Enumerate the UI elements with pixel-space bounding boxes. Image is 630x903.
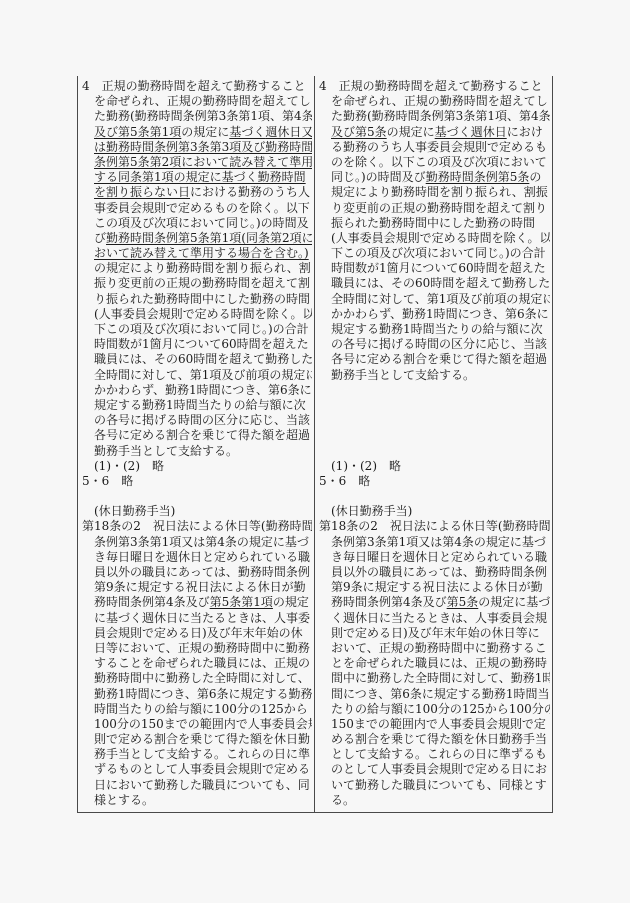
text-line: 務手当として支給する。これらの日に準	[82, 747, 312, 762]
text-line: 時間数が1箇月について60時間を超えた	[319, 261, 550, 276]
text-line: 則で定める日)及び年末年始の休日等に	[319, 626, 550, 641]
text-line	[319, 383, 550, 398]
amended-text: を割り振らない日	[94, 185, 190, 199]
right-column: 4 正規の勤務時間を超えて勤務すること を命ぜられ、正規の勤務時間を超えてし た…	[315, 76, 552, 812]
left-column: 4 正規の勤務時間を超えて勤務すること を命ぜられ、正規の勤務時間を超えてし た…	[78, 76, 315, 812]
text-line: は勤務時間条例第3条第3項及び勤務時間	[82, 140, 312, 155]
text-line: 5・6 略	[319, 474, 550, 489]
text-line: 各号に定める割合を乗じて得た額を超過	[319, 352, 550, 367]
text-line: 条例第3条第1項又は第4条の規定に基づ	[319, 535, 550, 550]
text-line: かかわらず、勤務1時間につき、第6条に	[319, 307, 550, 322]
text-line: として支給する。これらの日に準ずるも	[319, 747, 550, 762]
text-line: き毎日曜日を週休日と定められている職	[319, 550, 550, 565]
text-line: 及び第5条第1項の規定に基づく週休日又	[82, 125, 312, 140]
text-line: 第9条に規定する祝日法による休日が勤	[319, 580, 550, 595]
text-line: 間につき、第6条に規定する勤務1時間当	[319, 687, 550, 702]
text-line: 時間数が1箇月について60時間を超えた	[82, 337, 312, 352]
text-line: (人事委員会規則で定める時間を除く。以	[82, 307, 312, 322]
amended-text: 勤務時間条例第5条	[426, 170, 530, 184]
amended-text: 及び第5条	[331, 125, 387, 139]
text-line: 員以外の職員にあっては、勤務時間条例	[82, 565, 312, 580]
amended-text: 第5条第1項	[210, 595, 273, 609]
text-line: 勤務手当として支給する。	[82, 444, 312, 459]
text-line: 及び第5条の規定に基づく週休日におけ	[319, 125, 550, 140]
text-line: 条例第3条第1項又は第4条の規定に基づ	[82, 535, 312, 550]
text-line: 勤務1時間につき、第6条に規定する勤務1	[82, 687, 312, 702]
amended-text: 及び第5条第1項	[94, 125, 181, 139]
text-line	[319, 489, 550, 504]
amended-text: は勤務時間条例第3条第3項及び勤務時間	[94, 140, 312, 154]
text-line: び勤務時間条例第5条第1項(同条第2項に	[82, 231, 312, 246]
text-line: する同条第1項の規定に基づく勤務時間	[82, 170, 312, 185]
text-line: の規定により勤務時間を割り振られ、割	[82, 261, 312, 276]
text-line: のとして人事委員会規則で定める日にお	[319, 762, 550, 777]
text-line: 全時間に対して、第1項及び前項の規定に	[82, 368, 312, 383]
text-line: おいて読み替えて準用する場合を含む。)	[82, 246, 312, 261]
amended-text: 週休日又	[265, 125, 312, 139]
text-line: 務時間条例第4条及び第5条第1項の規定	[82, 595, 312, 610]
text-line: (1)・(2) 略	[82, 459, 312, 474]
amended-text: おいて読み替えて準用する場合を含む。)	[94, 246, 309, 260]
text-line: の各号に掲げる時間の区分に応じ、当該	[82, 413, 312, 428]
text-line	[319, 413, 550, 428]
text-line: 150までの範囲内で人事委員会規則で定	[319, 717, 550, 732]
text-line: の各号に掲げる時間の区分に応じ、当該	[319, 337, 550, 352]
text-line: 職員には、その60時間を超えて勤務した	[82, 352, 312, 367]
text-line: める割合を乗じて得た額を休日勤務手当	[319, 732, 550, 747]
text-line: のを除く。以下この項及び次項において	[319, 155, 550, 170]
text-line: 則で定める割合を乗じて得た額を休日勤	[82, 732, 312, 747]
text-line: た勤務(勤務時間条例第3条第1項、第4条	[319, 109, 550, 124]
text-line: 同じ。)の時間及び勤務時間条例第5条の	[319, 170, 550, 185]
comparison-table: 4 正規の勤務時間を超えて勤務すること を命ぜられ、正規の勤務時間を超えてし た…	[77, 76, 553, 813]
text-line	[319, 428, 550, 443]
text-line: 規定する勤務1時間当たりの給与額に次	[82, 398, 312, 413]
text-line: 振られた勤務時間中にした勤務の時間	[319, 216, 550, 231]
text-line: 振り変更前の正規の勤務時間を超えて割	[82, 276, 312, 291]
text-line: く週休日に当たるときは、人事委員会規	[319, 611, 550, 626]
text-line: を割り振らない日における勤務のうち人	[82, 185, 312, 200]
text-line: この項及び次項において同じ。)の時間及	[82, 216, 312, 231]
text-line: いて勤務した職員についても、同様とす	[319, 778, 550, 793]
amended-text: 基づく	[229, 125, 265, 139]
text-line: 第18条の2 祝日法による休日等(勤務時間	[319, 519, 550, 534]
text-line: (休日勤務手当)	[82, 504, 312, 519]
text-line	[319, 444, 550, 459]
text-line: とを命ぜられた職員には、正規の勤務時	[319, 656, 550, 671]
text-line: 各号に定める割合を乗じて得た額を超過	[82, 428, 312, 443]
text-line: たりの給与額に100分の125から100分の	[319, 702, 550, 717]
text-line: 日において勤務した職員についても、同	[82, 778, 312, 793]
text-line: 務時間条例第4条及び第5条の規定に基づ	[319, 595, 550, 610]
text-line: 員会規則で定める日)及び年末年始の休	[82, 626, 312, 641]
text-line: に基づく週休日に当たるときは、人事委	[82, 611, 312, 626]
text-line: することを命ぜられた職員には、正規の	[82, 656, 312, 671]
text-line: 事委員会規則で定めるものを除く。以下	[82, 201, 312, 216]
text-line: 下この項及び次項において同じ。)の合計	[82, 322, 312, 337]
amended-text: する同条第1項の規定に基づく勤務時間	[94, 170, 306, 184]
text-line: 時間当たりの給与額に100分の125から	[82, 702, 312, 717]
text-line: 条例第5条第2項において読み替えて準用	[82, 155, 312, 170]
text-line: 様とする。	[82, 793, 312, 808]
text-line: 日等において、正規の勤務時間中に勤務	[82, 641, 312, 656]
text-line: 全時間に対して、第1項及び前項の規定に	[319, 292, 550, 307]
text-line: を命ぜられ、正規の勤務時間を超えてし	[82, 94, 312, 109]
text-line: かかわらず、勤務1時間につき、第6条に	[82, 383, 312, 398]
text-line: 5・6 略	[82, 474, 312, 489]
text-line: 規定により勤務時間を割り振られ、割振	[319, 185, 550, 200]
text-line: 100分の150までの範囲内で人事委員会規	[82, 717, 312, 732]
text-line: おいて、正規の勤務時間中に勤務するこ	[319, 641, 550, 656]
amended-text: 勤務時間条例第5条第1項(同条第2項に	[106, 231, 312, 245]
amended-text: 基づく	[435, 125, 471, 139]
text-line: た勤務(勤務時間条例第3条第1項、第4条	[82, 109, 312, 124]
text-line: 規定する勤務1時間当たりの給与額に次	[319, 322, 550, 337]
text-line: (1)・(2) 略	[319, 459, 550, 474]
text-line: き毎日曜日を週休日と定められている職	[82, 550, 312, 565]
text-line: ずるものとして人事委員会規則で定める	[82, 762, 312, 777]
document-page: 4 正規の勤務時間を超えて勤務すること を命ぜられ、正規の勤務時間を超えてし た…	[0, 0, 630, 903]
text-line: り変更前の正規の勤務時間を超えて割り	[319, 201, 550, 216]
text-line: り振られた勤務時間中にした勤務の時間	[82, 292, 312, 307]
text-line: 勤務時間中に勤務した全時間に対して、	[82, 671, 312, 686]
text-line: (休日勤務手当)	[319, 504, 550, 519]
amended-text: 週休日	[471, 125, 507, 139]
text-line: 間中に勤務した全時間に対して、勤務1時	[319, 671, 550, 686]
text-line: 勤務手当として支給する。	[319, 368, 550, 383]
text-line: 職員には、その60時間を超えて勤務した	[319, 276, 550, 291]
text-line: を命ぜられ、正規の勤務時間を超えてし	[319, 94, 550, 109]
text-line: 員以外の職員にあっては、勤務時間条例	[319, 565, 550, 580]
text-line: る。	[319, 793, 550, 808]
text-line: 4 正規の勤務時間を超えて勤務すること	[319, 79, 550, 94]
amended-text: 第5条	[447, 595, 479, 609]
text-line	[319, 398, 550, 413]
text-line: 下この項及び次項において同じ。)の合計	[319, 246, 550, 261]
text-line	[82, 489, 312, 504]
text-line: 第9条に規定する祝日法による休日が勤	[82, 580, 312, 595]
text-line: る勤務のうち人事委員会規則で定めるも	[319, 140, 550, 155]
text-line: 4 正規の勤務時間を超えて勤務すること	[82, 79, 312, 94]
amended-text: 条例第5条第2項において読み替えて準用	[94, 155, 312, 169]
text-line: (人事委員会規則で定める時間を除く。以	[319, 231, 550, 246]
text-line: 第18条の2 祝日法による休日等(勤務時間	[82, 519, 312, 534]
